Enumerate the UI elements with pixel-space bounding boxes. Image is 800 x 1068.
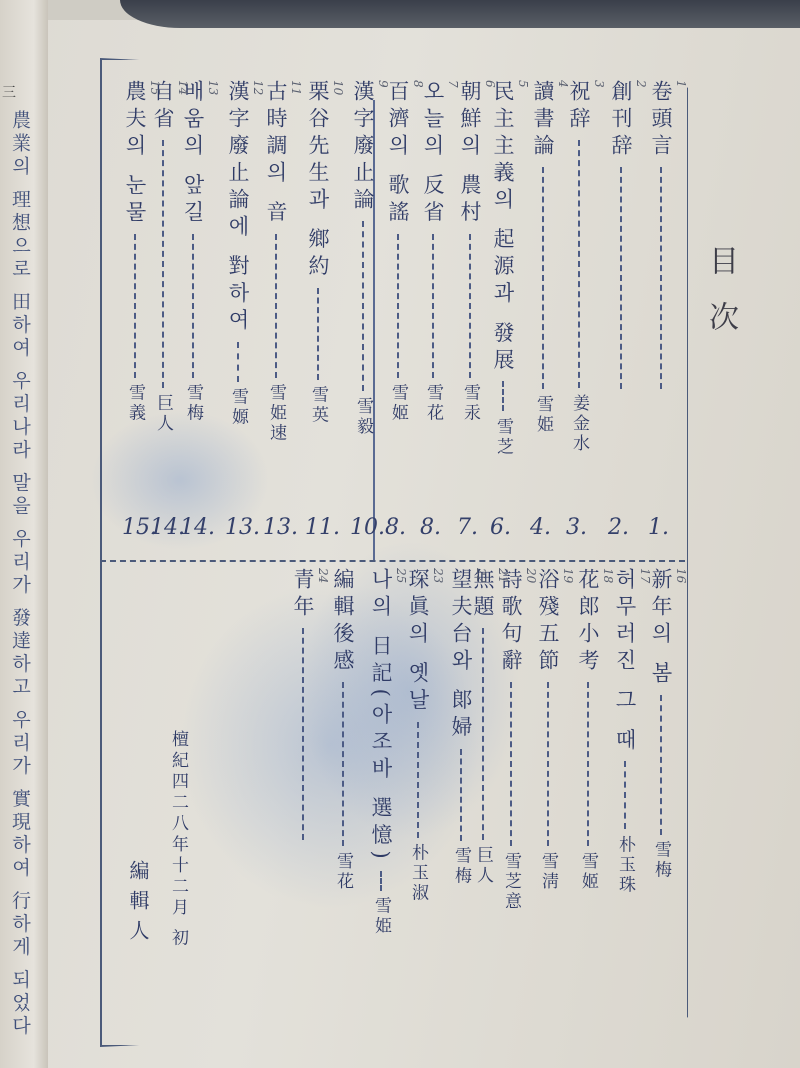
colophon-date: 檀紀四二八年十二月 初 bbox=[166, 730, 191, 949]
page-number: 6. bbox=[490, 515, 511, 540]
entry-number: 13 bbox=[206, 80, 220, 506]
leader-dots bbox=[624, 761, 626, 829]
entry-title: 나의 日記(아조바 選憶) bbox=[369, 568, 393, 865]
leader-dots bbox=[380, 871, 382, 891]
toc-entry: 23琛眞의 옛날朴玉淑 bbox=[405, 568, 445, 958]
toc-entry: 19浴殘五節雪淸 bbox=[535, 568, 575, 958]
entry-author: 雪姫 bbox=[371, 897, 391, 937]
gutter-mark: 三 bbox=[2, 82, 16, 102]
entry-number: 8 bbox=[411, 80, 425, 506]
leader-dots bbox=[397, 234, 399, 378]
toc-entry: 11古時調의 音雪姫速 bbox=[263, 80, 303, 510]
leader-dots bbox=[317, 288, 319, 380]
toc-entry: 4讀書論雪姫 bbox=[530, 80, 570, 510]
toc-entry: 15農夫의 눈물雪義 bbox=[122, 80, 162, 510]
page-number: 11. bbox=[305, 515, 340, 540]
entry-number: 23 bbox=[431, 568, 445, 954]
leader-dots bbox=[542, 167, 544, 389]
leader-dots bbox=[502, 381, 504, 411]
entry-number: 15 bbox=[148, 80, 162, 506]
entry-number: 4 bbox=[556, 80, 570, 506]
leader-dots bbox=[620, 167, 622, 389]
editor-label: 編輯人 bbox=[124, 860, 153, 950]
leader-dots bbox=[162, 140, 164, 388]
entry-title: 卷頭言 bbox=[649, 80, 673, 161]
page-number: 15. bbox=[122, 515, 157, 540]
leader-dots bbox=[547, 682, 549, 846]
leader-dots bbox=[578, 140, 580, 388]
entry-number: 21 bbox=[496, 568, 510, 954]
entry-title: 創刊辞 bbox=[609, 80, 633, 161]
entry-title: 朝鮮의 農村 bbox=[458, 80, 482, 228]
entry-author: 姜金水 bbox=[569, 394, 589, 454]
entry-title: 新年의 봄 bbox=[649, 568, 673, 689]
leader-dots bbox=[302, 628, 304, 840]
entry-number: 16 bbox=[674, 568, 688, 954]
toc-entry: 編輯後感雪花 bbox=[330, 568, 356, 958]
entry-author: 雪梅 bbox=[651, 841, 671, 881]
entry-author: 朴玉珠 bbox=[615, 835, 635, 895]
entry-author: 雪姫 bbox=[533, 395, 553, 435]
page-number: 14. bbox=[180, 515, 215, 540]
toc-entry: 6朝鮮의 農村雪汞 bbox=[457, 80, 497, 510]
toc-entry: 17허무러진 그 때朴玉珠 bbox=[612, 568, 652, 958]
leader-dots bbox=[342, 682, 344, 846]
page-number: 8. bbox=[420, 515, 441, 540]
page-number: 1. bbox=[648, 515, 669, 540]
entry-number: 18 bbox=[601, 568, 615, 954]
entry-title: 漢字廢止論 bbox=[351, 80, 375, 215]
entry-number: 22 bbox=[474, 568, 488, 954]
toc-entry: 2創刊辞 bbox=[608, 80, 648, 510]
toc-entry: 7오늘의 反省雪花 bbox=[420, 80, 460, 510]
entry-number: 7 bbox=[446, 80, 460, 506]
toc-entry: 18花郎小考雪姬 bbox=[575, 568, 615, 958]
page-number-row: 1.2.3.4.6.7.8.8.10.11.13.13.14.14.15. bbox=[112, 515, 682, 555]
entry-author: 朴玉淑 bbox=[408, 844, 428, 904]
entry-title: 祝辞 bbox=[567, 80, 591, 134]
toc-entry: 10栗谷先生과 鄉約雪英 bbox=[305, 80, 345, 510]
entry-title: 讀書論 bbox=[531, 80, 555, 161]
entry-number: 2 bbox=[634, 80, 648, 506]
entry-number: 1 bbox=[674, 80, 688, 506]
toc-entry: 9漢字廢止論雪毅 bbox=[350, 80, 390, 510]
page-title: 目次 bbox=[698, 245, 742, 357]
entry-author: 雪花 bbox=[333, 852, 353, 892]
leader-dots bbox=[362, 221, 364, 391]
entry-title: 栗谷先生과 鄉約 bbox=[306, 80, 330, 282]
page-number: 3. bbox=[566, 515, 587, 540]
toc-entry: 16新年의 봄雪梅 bbox=[648, 568, 688, 958]
leader-dots bbox=[660, 695, 662, 835]
entry-title: 漢字廢止論에 對하여 bbox=[226, 80, 250, 336]
toc-entry: 22望夫台와 郞婦雪梅 bbox=[448, 568, 488, 958]
entry-author: 雪毅 bbox=[353, 397, 373, 437]
entry-author: 雪嫄 bbox=[228, 388, 248, 428]
toc-entry: 24青年 bbox=[290, 568, 330, 958]
leader-dots bbox=[417, 722, 419, 838]
entry-number: 25 bbox=[394, 568, 408, 954]
entry-title: 編輯後感 bbox=[331, 568, 355, 676]
leader-dots bbox=[660, 167, 662, 389]
leader-dots bbox=[460, 749, 462, 841]
entry-title: 農夫의 눈물 bbox=[123, 80, 147, 228]
section-divider bbox=[100, 560, 685, 562]
entry-author: 雪英 bbox=[308, 386, 328, 426]
entry-number: 12 bbox=[251, 80, 265, 506]
entry-author: 雪淸 bbox=[538, 852, 558, 892]
entry-title: 青年 bbox=[291, 568, 315, 622]
entry-number: 9 bbox=[376, 80, 390, 506]
leader-dots bbox=[510, 682, 512, 846]
gutter-text: 農業의 理想으로 田하여 우리나라 말을 우리가 發達하고 우리가 實現하여 行… bbox=[8, 110, 32, 1038]
entry-author: 雪汞 bbox=[460, 384, 480, 424]
entry-author: 雪姬 bbox=[578, 852, 598, 892]
leader-dots bbox=[275, 234, 277, 378]
entry-number: 10 bbox=[331, 80, 345, 506]
entry-number: 24 bbox=[316, 568, 330, 954]
previous-page-gutter: 三 農業의 理想으로 田하여 우리나라 말을 우리가 發達하고 우리가 實現하여… bbox=[0, 0, 48, 1068]
page-number: 13. bbox=[263, 515, 298, 540]
entry-title: 花郎小考 bbox=[576, 568, 600, 676]
leader-dots bbox=[192, 234, 194, 378]
leader-dots bbox=[237, 342, 239, 382]
entry-title: 琛眞의 옛날 bbox=[406, 568, 430, 716]
entry-number: 20 bbox=[524, 568, 538, 954]
toc-entry: 25나의 日記(아조바 選憶)雪姫 bbox=[368, 568, 408, 958]
leader-dots bbox=[134, 234, 136, 378]
page-number: 13. bbox=[225, 515, 260, 540]
entry-number: 19 bbox=[561, 568, 575, 954]
entry-title: 古時調의 音 bbox=[264, 80, 288, 228]
entry-number: 3 bbox=[592, 80, 606, 506]
page-number: 7. bbox=[457, 515, 478, 540]
entry-author: 雪義 bbox=[125, 384, 145, 424]
entry-author: 雪姬 bbox=[388, 384, 408, 424]
entry-author: 雪花 bbox=[423, 384, 443, 424]
leader-dots bbox=[469, 234, 471, 378]
entry-number: 11 bbox=[289, 80, 303, 506]
page-number: 4. bbox=[530, 515, 551, 540]
entry-title: 望夫台와 郞婦 bbox=[449, 568, 473, 743]
page-number: 10. bbox=[350, 515, 385, 540]
entry-number: 17 bbox=[638, 568, 652, 954]
entry-title: 浴殘五節 bbox=[536, 568, 560, 676]
entry-number: 14 bbox=[176, 80, 190, 506]
entry-number: 6 bbox=[483, 80, 497, 506]
toc-entry: 1卷頭言 bbox=[648, 80, 688, 510]
entry-title: 허무러진 그 때 bbox=[613, 568, 637, 755]
page-number: 2. bbox=[608, 515, 629, 540]
entry-author: 雪姫速 bbox=[266, 384, 286, 444]
toc-entry: 8百濟의 歌謠雪姬 bbox=[385, 80, 425, 510]
leader-dots bbox=[587, 682, 589, 846]
page-number: 8. bbox=[385, 515, 406, 540]
background-shadow bbox=[120, 0, 800, 28]
leader-dots bbox=[432, 234, 434, 378]
entry-number: 5 bbox=[516, 80, 530, 506]
toc-entry: 12漢字廢止論에 對하여雪嫄 bbox=[225, 80, 265, 510]
toc-entry: 3祝辞姜金水 bbox=[566, 80, 606, 510]
entry-author: 雪梅 bbox=[451, 847, 471, 887]
